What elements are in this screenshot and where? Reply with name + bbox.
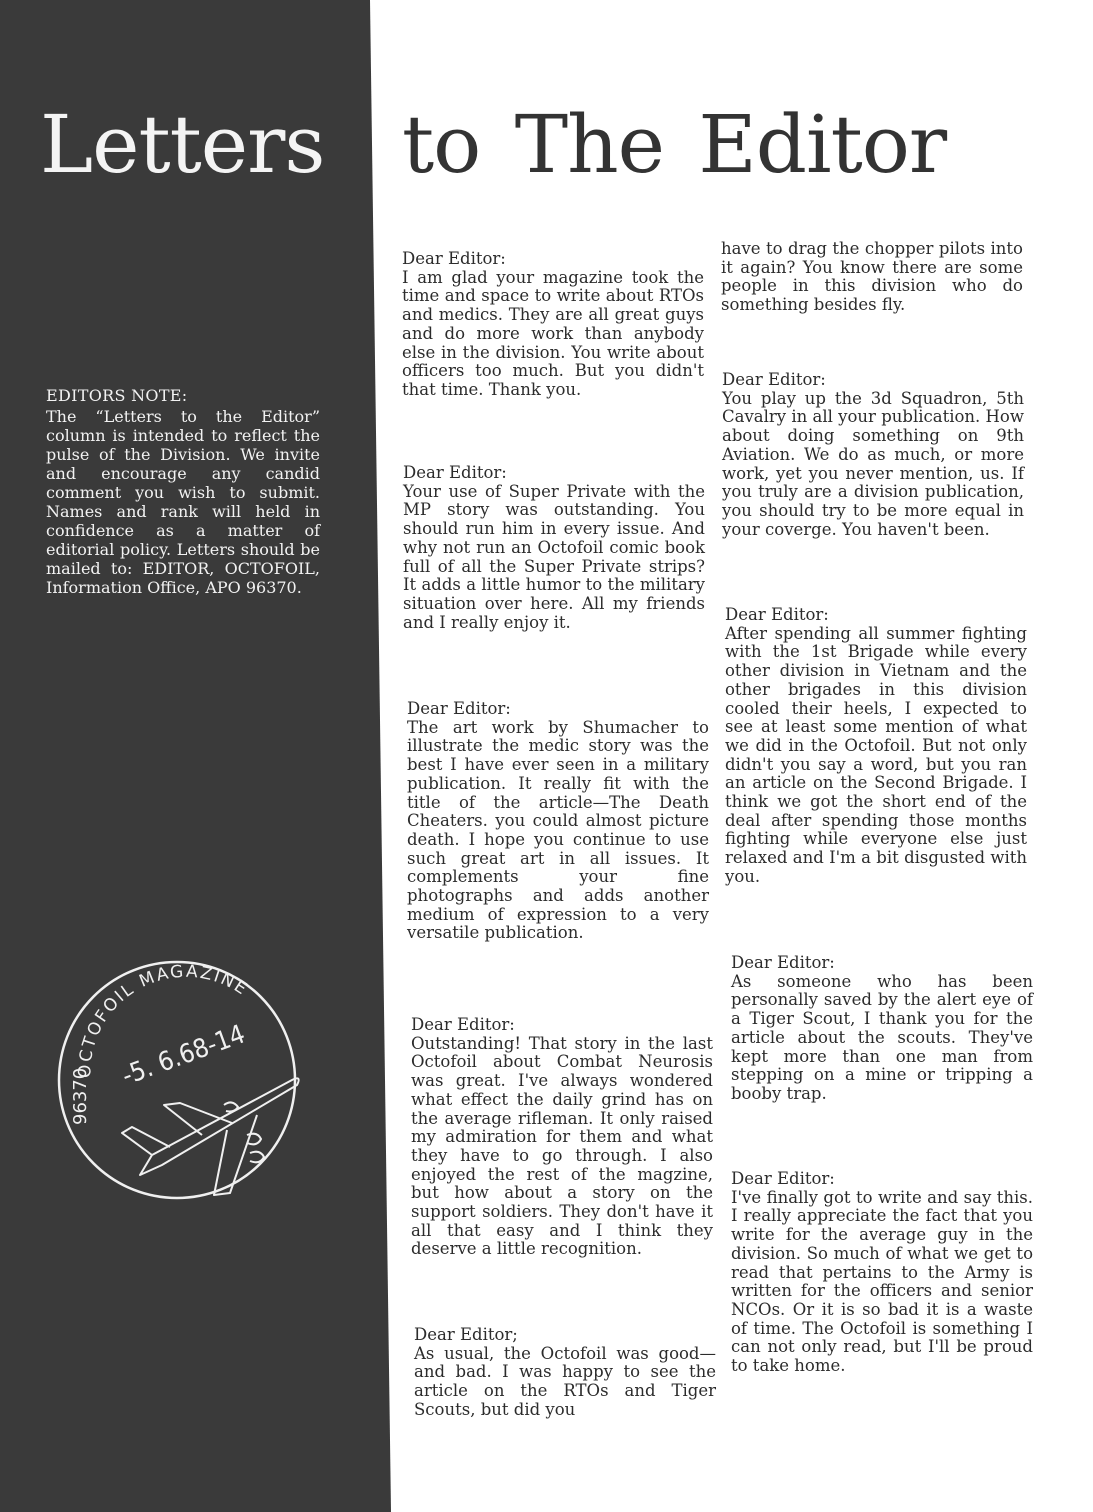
letter-1: Dear Editor: I am glad your magazine too… (402, 250, 704, 400)
letter-salutation: Dear Editor: (722, 371, 1024, 390)
letter-body: Your use of Super Private with the MP st… (403, 483, 705, 633)
letter-body: As someone who has been personally saved… (731, 973, 1033, 1104)
stamp-date-text: -5. 6.68-14 (118, 1019, 249, 1091)
letter-salutation: Dear Editor: (725, 606, 1027, 625)
letter-body: After spending all summer fighting with … (725, 625, 1027, 887)
letter-5-continuation: have to drag the chopper pilots into it … (721, 240, 1023, 315)
letter-9: Dear Editor: I've finally got to write a… (731, 1170, 1033, 1376)
letter-salutation: Dear Editor: (731, 954, 1033, 973)
letter-6: Dear Editor: You play up the 3d Squadron… (722, 371, 1024, 539)
letter-body: You play up the 3d Squadron, 5th Cavalry… (722, 390, 1024, 540)
editors-note-body: The “Letters to the Editor” column is in… (46, 407, 320, 597)
postmark-icon: OCTOFOIL MAGAZINE 96370 -5. 6.68-14 (52, 955, 302, 1205)
letter-5-start: Dear Editor; As usual, the Octofoil was … (414, 1326, 716, 1420)
letter-salutation: Dear Editor: (411, 1016, 713, 1035)
stamp-side-text: 96370 (70, 1068, 91, 1125)
letter-salutation: Dear Editor: (407, 700, 709, 719)
letter-salutation: Dear Editor: (403, 464, 705, 483)
letter-body: I've finally got to write and say this. … (731, 1189, 1033, 1376)
editors-note: EDITORS NOTE: The “Letters to the Editor… (46, 386, 320, 597)
letter-8: Dear Editor: As someone who has been per… (731, 954, 1033, 1104)
editors-note-heading: EDITORS NOTE: (46, 386, 320, 405)
letter-body: Outstanding! That story in the last Octo… (411, 1035, 713, 1259)
letter-2: Dear Editor: Your use of Super Private w… (403, 464, 705, 632)
letter-body: The art work by Shumacher to illustrate … (407, 719, 709, 943)
letter-body: As usual, the Octofoil was good—and bad.… (414, 1345, 716, 1420)
letter-7: Dear Editor: After spending all summer f… (725, 606, 1027, 887)
airplane-icon (122, 1078, 299, 1195)
letter-body: have to drag the chopper pilots into it … (721, 240, 1023, 315)
letter-salutation: Dear Editor: (402, 250, 704, 269)
dark-side-panel (0, 0, 395, 1512)
letter-body: I am glad your magazine took the time an… (402, 269, 704, 400)
letter-3: Dear Editor: The art work by Shumacher t… (407, 700, 709, 943)
letter-4: Dear Editor: Outstanding! That story in … (411, 1016, 713, 1259)
letter-salutation: Dear Editor; (414, 1326, 716, 1345)
letter-salutation: Dear Editor: (731, 1170, 1033, 1189)
postmark-stamp: OCTOFOIL MAGAZINE 96370 -5. 6.68-14 (52, 955, 302, 1205)
page-title-right: to The Editor (402, 100, 946, 190)
page-title-left: Letters (40, 100, 324, 190)
